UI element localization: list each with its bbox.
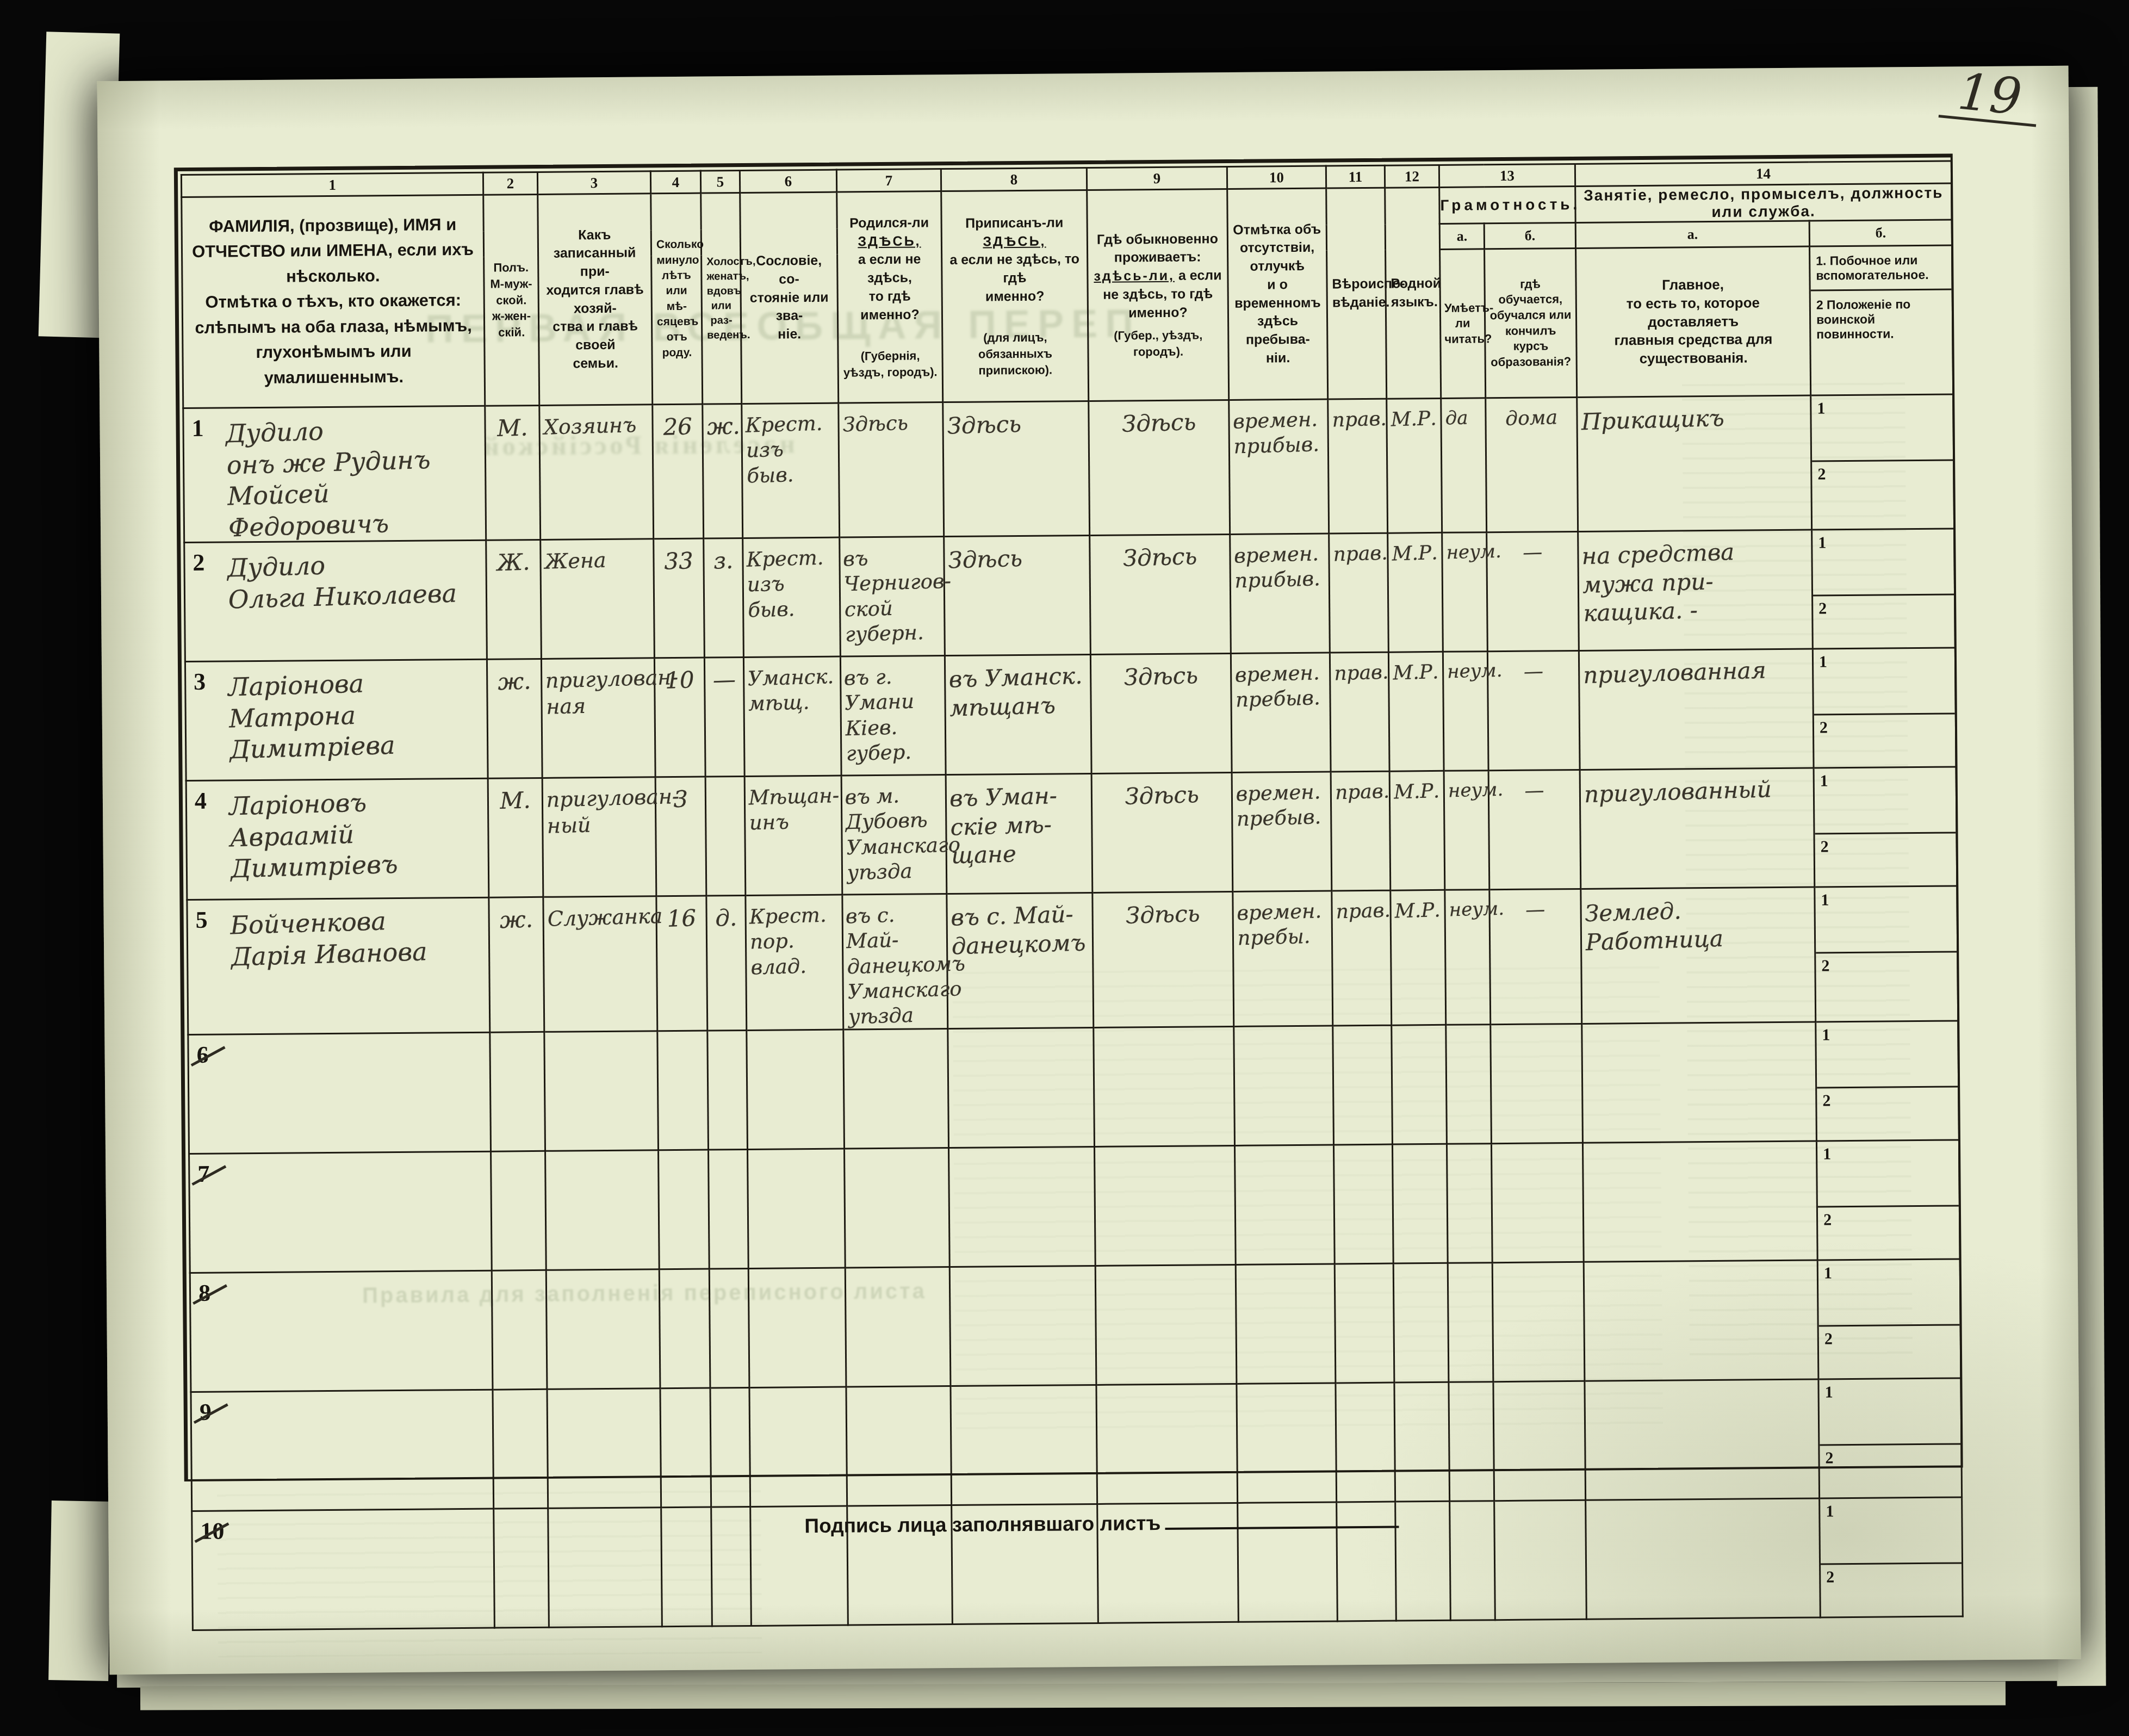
handwritten-age <box>661 1388 709 1398</box>
handwritten-literacy-b: — <box>1490 889 1581 923</box>
handwritten-registration: въ с. Май- данецкомъ <box>947 892 1093 961</box>
cell-residence <box>1094 1146 1236 1266</box>
handwritten-religion <box>1336 1383 1393 1392</box>
handwritten-literacy-a <box>1449 1382 1492 1391</box>
cell-occupation-main <box>1585 1379 1820 1500</box>
occupation-subcell-1: 1 <box>1817 1141 1959 1206</box>
handwritten-age <box>659 1150 707 1160</box>
cell-occupation-main: Землед. Работница <box>1581 887 1816 1024</box>
cell-relation <box>546 1269 660 1390</box>
cell-literacy-a <box>1450 1501 1495 1621</box>
handwritten-marital <box>709 1150 747 1159</box>
cell-occupation-secondary: 1 2 <box>1818 1378 1962 1498</box>
occupation-subcell-2: 2 <box>1816 951 1957 1006</box>
handwritten-estate <box>748 1149 843 1159</box>
handwritten-relation <box>547 1269 659 1280</box>
cell-age: 3 <box>655 777 706 896</box>
occupation-subcell-2: 2 <box>1813 594 1954 648</box>
cell-occupation-secondary: 1 2 <box>1812 529 1956 649</box>
cell-relation <box>545 1150 660 1270</box>
handwritten-residence <box>1094 1026 1233 1038</box>
cell-marital <box>711 1507 752 1627</box>
signature-label: Подпись лица заполнявшаго листъ <box>804 1512 1160 1537</box>
col-number-11: 11 <box>1326 165 1385 188</box>
cell-marital <box>709 1269 749 1388</box>
cell-estate: Крест. пор. влад. <box>746 895 843 1031</box>
cell-relation <box>544 1031 659 1151</box>
cell-occupation-main <box>1586 1498 1821 1619</box>
handwritten-language: М.Р. <box>1388 533 1442 567</box>
cell-literacy-a: неум. <box>1445 890 1491 1025</box>
handwritten-estate <box>747 1030 842 1040</box>
handwritten-literacy-b: — <box>1487 531 1578 566</box>
cell-literacy-b: — <box>1487 532 1579 652</box>
handwritten-sex: М. <box>486 406 539 443</box>
cell-registration <box>948 1028 1095 1148</box>
handwritten-language <box>1394 1263 1447 1273</box>
cell-age <box>659 1269 710 1388</box>
handwritten-residence <box>1097 1384 1236 1395</box>
handwritten-absence: времен. прибыв. <box>1230 534 1329 594</box>
cell-registration <box>949 1266 1096 1386</box>
handwritten-relation <box>549 1507 660 1518</box>
handwritten-sex <box>491 1032 543 1041</box>
handwritten-name: Ларіоновъ Авраамій Димитріевъ <box>186 776 489 886</box>
table-row: 8 1 2 <box>190 1259 1961 1392</box>
cell-language <box>1394 1382 1450 1502</box>
handwritten-literacy-a <box>1449 1263 1492 1272</box>
handwritten-estate: Крест. пор. влад. <box>746 895 843 981</box>
handwritten-language <box>1393 1144 1446 1154</box>
subcell-number: 2 <box>1821 957 1829 975</box>
subcell-number: 1 <box>1820 772 1828 790</box>
handwritten-marital: з. <box>704 538 743 575</box>
handwritten-relation: пригулован- ная <box>542 658 655 720</box>
handwritten-absence <box>1234 1026 1332 1036</box>
handwritten-literacy-b: — <box>1489 770 1580 804</box>
subcell-number: 1 <box>1822 1026 1830 1045</box>
cell-residence: Здѣсь <box>1091 773 1233 893</box>
cell-religion <box>1336 1382 1395 1502</box>
cell-literacy-a <box>1448 1263 1493 1382</box>
cell-sex <box>492 1270 547 1390</box>
header-occupation-a-label: Главное, то есть то, которое доставляетъ… <box>1576 246 1811 397</box>
cell-age <box>659 1150 710 1269</box>
col-number-5: 5 <box>700 171 740 194</box>
col-number-10: 10 <box>1227 166 1326 189</box>
subcell-number: 1 <box>1824 1384 1833 1402</box>
handwritten-birthplace: въ г. Умани Кіев. губер. <box>840 655 946 766</box>
cell-birthplace: въ с. Май- данецкомъ Уманскаго уѣзда <box>842 894 948 1030</box>
cell-literacy-a <box>1449 1382 1494 1502</box>
handwritten-religion: прав. <box>1329 399 1387 433</box>
header-absence-column: Отмѣтка объ отсутствіи, отлучкѣ и о врем… <box>1227 188 1328 400</box>
handwritten-age: 3 <box>656 777 705 815</box>
header-text: а если не здѣсь, то гдѣ именно? <box>947 250 1083 306</box>
header-literacy-b-label: гдѣ обучается, обучался или кончилъ курс… <box>1485 248 1577 398</box>
cell-marital: з. <box>704 538 744 658</box>
cell-occupation-secondary: 1 2 <box>1817 1259 1961 1379</box>
handwritten-registration <box>951 1266 1095 1278</box>
handwritten-literacy-a: неум. <box>1443 652 1487 684</box>
cell-name: 2 Дудило Ольга Николаева <box>184 540 487 661</box>
cell-sex: ж. <box>487 659 542 779</box>
cell-birthplace: въ м. Дубовѣ Уманскаго уѣзда <box>841 775 947 895</box>
handwritten-age <box>658 1031 706 1040</box>
handwritten-literacy-b <box>1492 1143 1582 1154</box>
cell-sex <box>490 1032 545 1152</box>
header-name-column: ФАМИЛІЯ, (прозвище), ИМЯ и ОТЧЕСТВО или … <box>182 195 485 408</box>
occupation-subcell-2: 2 <box>1812 460 1953 514</box>
handwritten-relation: пригулован- ный <box>543 777 656 839</box>
subcell-number: 1 <box>1818 534 1826 552</box>
cell-birthplace <box>845 1148 950 1268</box>
table-row: 4 Ларіоновъ Авраамій Димитріевъ М. пригу… <box>186 767 1957 900</box>
census-table-frame: 1 2 3 4 5 6 7 8 9 10 11 12 13 14 ФАМИЛІЯ… <box>174 153 1963 1481</box>
census-sheet: ПЕРВАЯ ВСЕОБЩАЯ ПЕРЕП населенія Россійск… <box>97 66 2081 1675</box>
occupation-subcell-2: 2 <box>1820 1443 1961 1498</box>
handwritten-birthplace <box>845 1148 948 1158</box>
cell-age: 10 <box>654 658 705 777</box>
handwritten-literacy-b <box>1494 1381 1584 1392</box>
handwritten-literacy-a <box>1448 1144 1491 1153</box>
occupation-subcell-1: 1 <box>1820 1498 1962 1564</box>
handwritten-sex <box>493 1390 546 1399</box>
cell-occupation-main: на средства мужа при- кащика. - <box>1578 530 1813 650</box>
handwritten-occupation: на средства мужа при- кащика. - <box>1578 528 1813 628</box>
cell-residence <box>1095 1265 1237 1385</box>
handwritten-literacy-a <box>1447 1025 1489 1034</box>
cell-relation: пригулован- ный <box>542 777 656 897</box>
cell-literacy-b <box>1493 1381 1586 1501</box>
header-religion-column: Вѣроиспо- вѣданіе. <box>1326 188 1387 399</box>
handwritten-literacy-a <box>1450 1502 1493 1510</box>
cell-relation: Жена <box>541 539 655 659</box>
cell-relation: Служанка <box>543 896 657 1032</box>
cell-literacy-a: неум. <box>1444 771 1489 890</box>
handwritten-relation: Хозяинъ <box>540 404 653 441</box>
handwritten-sex: ж. <box>489 897 543 935</box>
occupation-subcell-1: 1 <box>1816 1022 1958 1087</box>
cell-literacy-a: неум. <box>1443 652 1488 771</box>
subcell-number: 2 <box>1823 1211 1832 1230</box>
subcell-number: 2 <box>1824 1330 1833 1349</box>
handwritten-marital <box>708 1031 746 1040</box>
header-residence-column: Гдѣ обыкновенно проживаетъ: здѣсь-ли, а … <box>1087 189 1229 401</box>
cell-literacy-b: — <box>1487 651 1580 771</box>
col-number-2: 2 <box>483 172 537 195</box>
header-emphasis: ЗДѢСЬ, <box>983 233 1046 249</box>
handwritten-literacy-b <box>1493 1262 1583 1273</box>
handwritten-religion: прав. <box>1331 772 1389 805</box>
cell-marital <box>709 1150 749 1269</box>
header-marital-column: Холостъ, женатъ, вдовъ или раз- веденъ. <box>701 193 742 405</box>
handwritten-absence <box>1237 1383 1334 1393</box>
cell-age <box>657 1031 709 1150</box>
handwritten-language <box>1395 1382 1448 1392</box>
col-number-9: 9 <box>1087 166 1227 190</box>
cell-occupation-secondary: 1 2 <box>1815 886 1958 1022</box>
header-text: Гдѣ обыкновенно проживаетъ: <box>1097 231 1218 265</box>
handwritten-occupation: пригулованный <box>1580 766 1814 809</box>
cell-residence: Здѣсь <box>1090 654 1232 774</box>
cell-marital: — <box>704 658 744 777</box>
cell-name: 9 <box>191 1390 494 1511</box>
table-row: 1 Дудило онъ же Рудинъ Мойсей Федоровичъ… <box>183 394 1954 543</box>
cell-marital <box>705 777 746 896</box>
header-note: (Губер., уѣздъ, городъ). <box>1093 327 1223 360</box>
occupation-b-item-2: 2 Положеніе по воинской повинности. <box>1811 289 1952 349</box>
cell-language: М.Р. <box>1391 890 1446 1025</box>
occupation-b-item-1: 1. Побочное или вспомогательное. <box>1810 246 1952 290</box>
cell-birthplace <box>845 1267 951 1387</box>
cell-occupation-main: пригулованный <box>1580 768 1815 889</box>
cell-relation <box>548 1508 662 1628</box>
handwritten-religion: прав. <box>1330 534 1388 567</box>
handwritten-residence: Здѣсь <box>1091 653 1231 693</box>
table-row: 5 Бойченкова Дарія Иванова ж. Служанка 1… <box>187 886 1958 1035</box>
subcell-number: 2 <box>1821 838 1829 856</box>
table-header: 1 2 3 4 5 6 7 8 9 10 11 12 13 14 ФАМИЛІЯ… <box>181 161 1953 408</box>
cell-sex: Ж. <box>486 540 542 660</box>
occupation-subcell-1: 1 <box>1813 530 1954 595</box>
handwritten-birthplace: Здѣсь <box>839 402 943 438</box>
handwritten-name: Дудило Ольга Николаева <box>184 538 486 617</box>
cell-absence: времен. пребыв. <box>1231 653 1331 772</box>
handwritten-registration: въ Уман- скіе мѣ- щане <box>946 773 1093 870</box>
cell-age <box>660 1388 711 1508</box>
cell-occupation-secondary: 1 2 <box>1816 1021 1959 1141</box>
handwritten-relation <box>545 1031 656 1041</box>
occupation-subcell-2: 2 <box>1817 1086 1958 1140</box>
handwritten-sex <box>494 1509 547 1518</box>
page-edge <box>48 1501 111 1681</box>
table-row: 2 Дудило Ольга Николаева Ж. Жена 33 з. К… <box>184 529 1956 662</box>
handwritten-language: М.Р. <box>1391 890 1445 924</box>
table-row: 3 Ларіонова Матрона Димитріева ж. пригул… <box>185 648 1956 781</box>
occupation-subcell-2: 2 <box>1818 1205 1959 1260</box>
handwritten-residence <box>1096 1264 1235 1276</box>
handwritten-absence: времен. пребыв. <box>1231 653 1330 714</box>
handwritten-absence <box>1237 1264 1334 1274</box>
handwritten-absence: времен. пребы. <box>1233 891 1332 952</box>
header-registration-column: Приписанъ-ли ЗДѢСЬ, а если не здѣсь, то … <box>941 190 1089 402</box>
handwritten-estate: Уманск. мѣщ. <box>744 656 841 717</box>
cell-registration: Здѣсь <box>944 536 1091 656</box>
cell-age: 26 <box>653 404 704 539</box>
cell-occupation-main <box>1582 1022 1817 1143</box>
header-birthplace-column: Родился-ли ЗДѢСЬ, а если не здѣсь, то гд… <box>837 191 943 404</box>
subcell-number: 2 <box>1820 718 1828 737</box>
handwritten-literacy-b <box>1495 1501 1585 1511</box>
handwritten-occupation: Землед. Работница <box>1581 885 1815 957</box>
handwritten-birthplace: въ Чернигов- ской губерн. <box>839 536 945 647</box>
occupation-subcell-1: 1 <box>1815 768 1956 833</box>
handwritten-estate: Мѣщан- инъ <box>745 776 842 836</box>
handwritten-marital <box>712 1508 749 1516</box>
cell-birthplace <box>846 1386 952 1506</box>
subcell-number: 1 <box>1819 653 1827 671</box>
handwritten-relation <box>548 1388 659 1399</box>
cell-sex: М. <box>485 406 541 541</box>
cell-occupation-main: пригулованная <box>1579 649 1814 770</box>
handwritten-sex <box>492 1151 544 1161</box>
occupation-subcell-1: 1 <box>1811 395 1953 461</box>
handwritten-religion <box>1334 1145 1392 1154</box>
handwritten-age: 16 <box>657 896 706 934</box>
cell-estate <box>749 1387 847 1506</box>
col-number-1: 1 <box>181 172 483 197</box>
table-row: 6 1 2 <box>188 1021 1959 1154</box>
page-edge <box>140 1682 2006 1710</box>
handwritten-relation: Жена <box>541 538 654 575</box>
subcell-number: 2 <box>1822 1092 1830 1111</box>
header-relation-column: Какъ записанный при- ходится главѣ хозяй… <box>538 194 653 406</box>
handwritten-literacy-a: неум. <box>1445 890 1489 922</box>
handwritten-sex: М. <box>488 778 542 816</box>
cell-estate <box>747 1030 845 1149</box>
handwritten-registration: Здѣсь <box>945 535 1090 575</box>
handwritten-birthplace: въ с. Май- данецкомъ Уманскаго уѣзда <box>842 894 948 1030</box>
cell-relation <box>547 1388 661 1509</box>
cell-absence: времен. пребы. <box>1233 891 1333 1027</box>
cell-residence <box>1096 1384 1238 1504</box>
cell-absence <box>1237 1383 1337 1503</box>
cell-occupation-main: Прикащикъ <box>1577 395 1812 531</box>
handwritten-age: 26 <box>653 405 703 442</box>
cell-marital: д. <box>706 896 747 1031</box>
handwritten-sex: Ж. <box>487 540 541 578</box>
cell-estate: Уманск. мѣщ. <box>743 656 841 776</box>
cell-registration: въ Уман- скіе мѣ- щане <box>946 774 1093 894</box>
occupation-subcell-2: 2 <box>1821 1563 1962 1617</box>
handwritten-language: М.Р. <box>1389 652 1443 686</box>
table-body: 1 Дудило онъ же Рудинъ Мойсей Федоровичъ… <box>183 394 1963 1630</box>
occupation-subcell-1: 1 <box>1818 1260 1960 1325</box>
handwritten-religion: прав. <box>1330 653 1388 686</box>
handwritten-name: Бойченкова Дарія Иванова <box>187 895 489 974</box>
cell-language <box>1395 1502 1451 1621</box>
handwritten-literacy-a: неум. <box>1444 771 1488 803</box>
subcell-number: 1 <box>1817 399 1825 418</box>
cell-language <box>1392 1025 1447 1145</box>
handwritten-literacy-b: дома <box>1486 397 1577 432</box>
subcell-number: 2 <box>1817 465 1826 483</box>
cell-estate: Крест. изъ быв. <box>742 403 840 538</box>
cell-name: 3 Ларіонова Матрона Димитріева <box>185 659 488 780</box>
cell-registration: Здѣсь <box>943 401 1090 537</box>
handwritten-birthplace: въ м. Дубовѣ Уманскаго уѣзда <box>841 774 947 885</box>
cell-sex <box>493 1390 548 1509</box>
handwritten-birthplace <box>846 1267 949 1277</box>
header-occupation-group: Занятіе, ремесло, промыселъ, должность и… <box>1575 183 1952 222</box>
handwritten-marital: ж. <box>703 404 742 441</box>
handwritten-estate <box>749 1268 845 1278</box>
cell-absence: времен. прибыв. <box>1230 534 1330 653</box>
handwritten-occupation: пригулованная <box>1579 647 1813 690</box>
occupation-subcell-1: 1 <box>1815 887 1957 952</box>
subcell-number: 1 <box>1823 1145 1831 1164</box>
handwritten-birthplace <box>847 1386 949 1396</box>
cell-literacy-a <box>1446 1025 1492 1144</box>
cell-absence: времен. прибыв. <box>1229 399 1329 534</box>
handwritten-language <box>1396 1502 1449 1511</box>
cell-birthplace: въ г. Умани Кіев. губер. <box>840 656 946 776</box>
handwritten-marital: — <box>705 658 743 695</box>
occupation-subcell-1: 1 <box>1814 649 1955 714</box>
header-age-column: Сколько минуло лѣтъ или мѣ- сяцевъ отъ р… <box>651 193 703 405</box>
handwritten-registration <box>951 1385 1095 1397</box>
cell-residence: Здѣсь <box>1089 400 1230 536</box>
handwritten-absence: времен. прибыв. <box>1229 399 1328 460</box>
cell-language: М.Р. <box>1389 771 1445 890</box>
photo-background: { "page": { "number": "19", "footer_labe… <box>0 0 2129 1736</box>
cell-marital: ж. <box>703 404 743 539</box>
handwritten-residence: Здѣсь <box>1090 534 1230 574</box>
handwritten-estate: Крест. изъ быв. <box>742 403 839 489</box>
header-occupation-b-label: 1. Побочное или вспомогательное. 2 Полож… <box>1810 245 1953 395</box>
handwritten-age: 10 <box>655 658 704 696</box>
cell-occupation-secondary: 1 2 <box>1813 648 1956 768</box>
cell-name: 8 <box>190 1271 493 1392</box>
cell-religion: прав. <box>1329 533 1389 653</box>
handwritten-residence: Здѣсь <box>1092 772 1232 812</box>
table-row: 9 1 2 <box>191 1378 1962 1511</box>
cell-sex: М. <box>488 778 543 898</box>
header-occupation-b-letter: б. <box>1809 220 1952 246</box>
cell-occupation-main <box>1582 1141 1817 1262</box>
cell-absence <box>1234 1026 1334 1145</box>
handwritten-estate <box>750 1387 845 1397</box>
signature-line <box>1165 1510 1399 1530</box>
handwritten-religion <box>1333 1026 1391 1035</box>
cell-name: 1 Дудило онъ же Рудинъ Мойсей Федоровичъ <box>183 406 486 542</box>
handwritten-birthplace <box>844 1028 947 1039</box>
handwritten-registration: въ Уманск. мѣщанъ <box>945 654 1091 723</box>
cell-language: М.Р. <box>1388 652 1444 772</box>
cell-religion <box>1333 1145 1393 1264</box>
handwritten-age: 33 <box>654 539 704 576</box>
header-note: (Губернія, уѣздъ, городъ). <box>843 348 937 381</box>
handwritten-marital <box>706 777 744 785</box>
header-literacy-group: Грамотность. <box>1439 186 1576 224</box>
cell-literacy-b <box>1491 1143 1584 1263</box>
cell-language: М.Р. <box>1388 533 1443 653</box>
cell-absence <box>1234 1145 1334 1264</box>
cell-sex: ж. <box>489 897 544 1033</box>
cell-sex <box>491 1151 547 1271</box>
cell-name: 6 <box>188 1033 491 1154</box>
cell-residence <box>1094 1027 1235 1147</box>
cell-occupation-main <box>1584 1260 1818 1381</box>
subcell-number: 2 <box>1825 1449 1833 1468</box>
cell-birthplace: Здѣсь <box>839 402 944 538</box>
handwritten-language: М.Р. <box>1387 399 1441 432</box>
handwritten-literacy-b: — <box>1488 650 1579 685</box>
handwritten-registration <box>949 1146 1094 1158</box>
cell-registration <box>949 1147 1096 1267</box>
handwritten-name: Ларіонова Матрона Димитріева <box>185 657 488 767</box>
cell-occupation-secondary: 1 2 <box>1820 1497 1963 1617</box>
cell-residence: Здѣсь <box>1090 535 1231 655</box>
cell-literacy-b <box>1494 1501 1587 1620</box>
handwritten-estate: Крест. изъ быв. <box>743 537 840 623</box>
subcell-number: 1 <box>1826 1503 1834 1521</box>
col-number-4: 4 <box>650 171 700 194</box>
cell-literacy-a <box>1447 1144 1492 1263</box>
handwritten-registration: Здѣсь <box>944 400 1089 441</box>
subcell-number: 2 <box>1826 1568 1834 1587</box>
